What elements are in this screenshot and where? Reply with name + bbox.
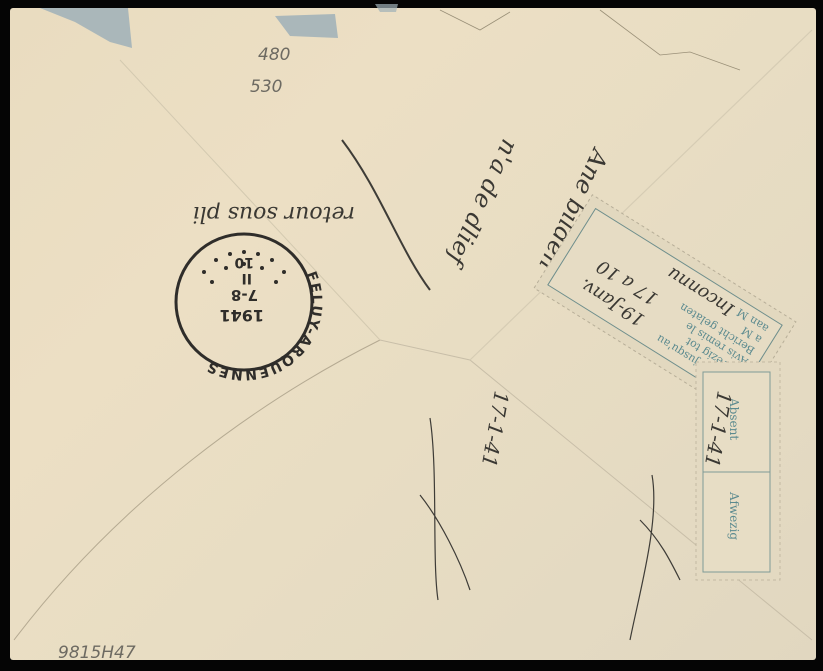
postmark-year: 1941 — [219, 306, 264, 325]
fold-line — [14, 340, 380, 640]
handwriting-date-center: 17-1-41 — [477, 389, 514, 469]
svg-text:n'a de dlief: n'a de dlief — [440, 135, 524, 273]
scan-background: 480 530 9815H47 retour sous pli n'a de d… — [0, 0, 823, 671]
postmark-month: II — [242, 270, 252, 286]
torn-lining-patch — [375, 4, 398, 12]
torn-lining-patch — [40, 8, 132, 48]
pencil-inventory-number: 9815H47 — [58, 643, 136, 663]
signature-scribble — [420, 418, 470, 600]
handwriting-left: retour sous pli — [193, 201, 355, 226]
postmark-time: 7-8 — [231, 286, 258, 304]
signature-scribble — [630, 475, 680, 640]
postmark-day: 10 — [234, 254, 254, 270]
handwriting-center-upper: n'a de dlief — [440, 135, 524, 273]
envelope-details: 480 530 9815H47 retour sous pli n'a de d… — [0, 0, 823, 671]
small-label-afwezig: Afwezig — [727, 491, 741, 540]
absent-label-small: Absent Afwezig — [696, 362, 780, 580]
paper-crack — [600, 10, 740, 70]
torn-lining-patch — [275, 14, 338, 38]
paper-crack — [440, 10, 510, 30]
svg-text:retour sous pli: retour sous pli — [193, 201, 355, 226]
pencil-note-top-1: 480 — [258, 45, 290, 65]
pencil-note-top-2: 530 — [250, 77, 282, 97]
